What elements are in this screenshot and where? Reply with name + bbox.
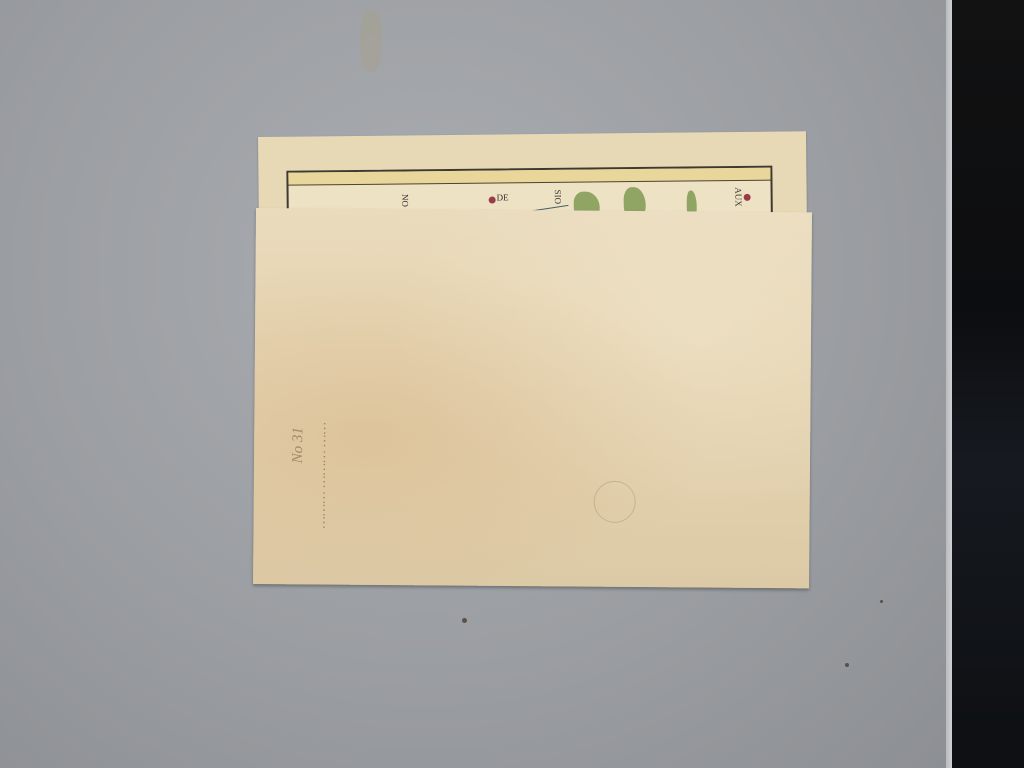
dark-background [952,0,1024,768]
map-label: DE [497,192,509,202]
handwritten-number: No 31 [290,427,307,463]
map-label: AUX [733,187,743,207]
surface-speck [880,600,883,603]
map-town-marker [744,194,751,201]
handwritten-note: ……… ……… …… [313,422,330,529]
map-town-marker [489,197,496,204]
surface-speck [845,663,849,667]
map-scale-border [288,168,770,186]
surface-stain [360,10,382,72]
paper-folder: No 31 ……… ……… …… [253,208,812,588]
surface-speck [462,618,467,623]
paper-stain [594,481,636,523]
map-label: SIO [553,190,563,205]
map-label: NO [400,194,410,207]
